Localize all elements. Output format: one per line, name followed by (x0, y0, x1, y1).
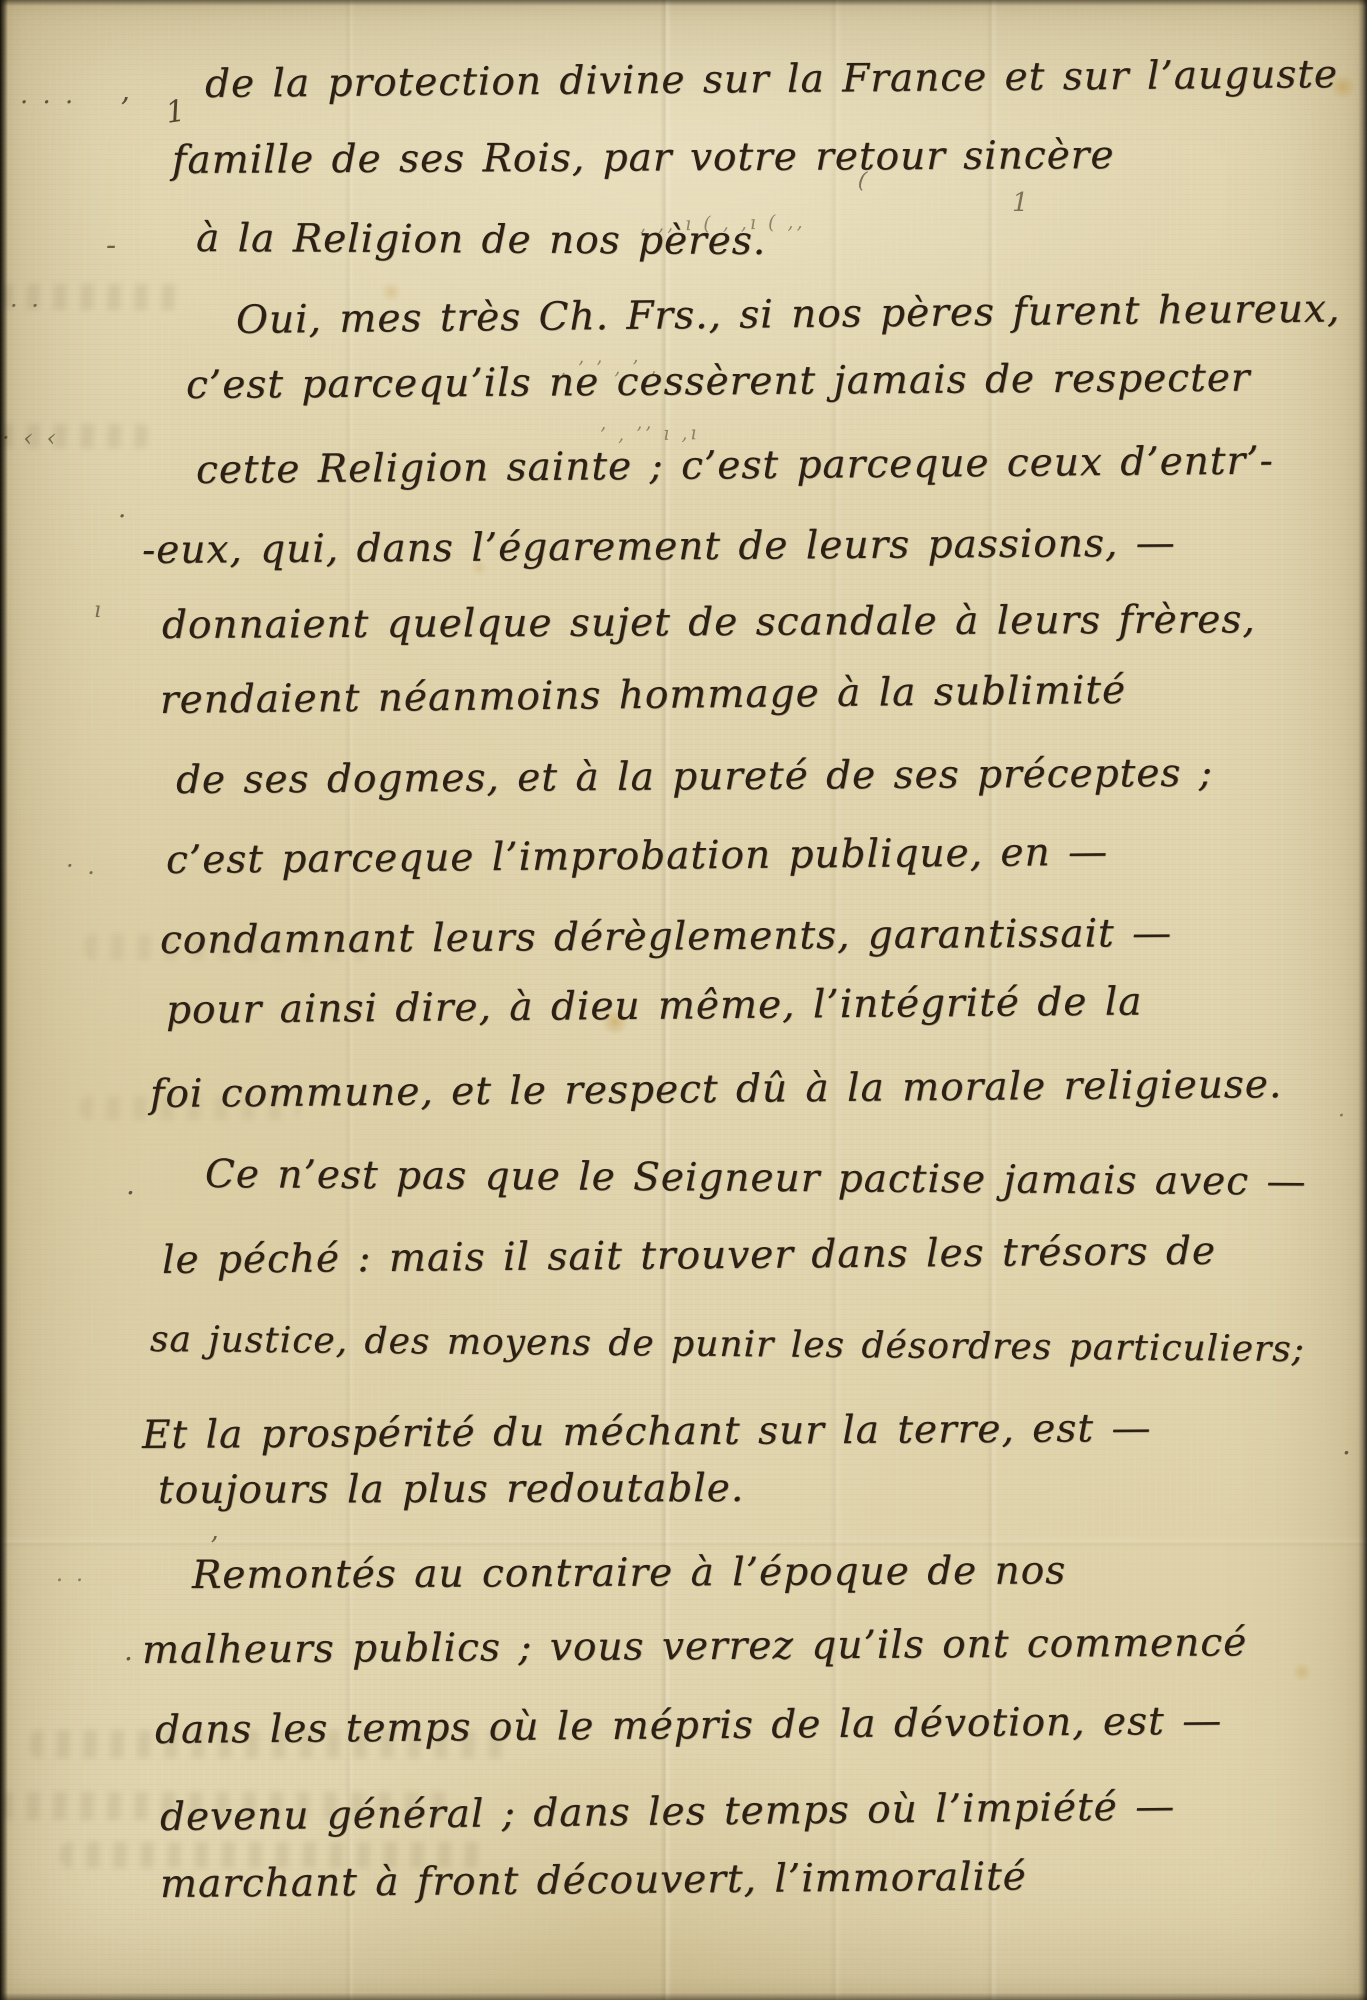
ink-mark: · (1338, 1104, 1348, 1129)
ink-mark: ı (94, 598, 104, 623)
scanned-manuscript-screenshot: { "document": { "kind": "handwritten man… (0, 0, 1367, 2000)
ink-mark: 1 (1012, 188, 1032, 218)
scan-edge-right (1358, 0, 1367, 2000)
ink-mark: - (106, 228, 119, 263)
ink-mark: · · · (20, 88, 76, 118)
scan-edge-left (0, 0, 8, 2000)
ink-mark: ’ (210, 1532, 221, 1562)
ink-mark: , ,, ı ( , ,ı ( ,, (640, 211, 806, 236)
ink-mark: 1 (164, 93, 191, 131)
ink-mark: · · (10, 292, 42, 320)
scan-edge-bottom (0, 1993, 1367, 2000)
ink-mark: ’ , ’’ ı ,ı (600, 422, 700, 446)
ink-mark: . (124, 1634, 136, 1667)
ink-mark: ’ (120, 92, 133, 127)
margin-marks: · · ·’1, ,, ı ( , ,ı ( ,,-(1· ·, ’ ’ , ’… (0, 0, 1367, 2000)
ink-mark: . (1342, 1428, 1354, 1461)
ink-mark: · (118, 502, 129, 532)
ink-mark: ( (857, 168, 871, 194)
ink-mark: . . (56, 1562, 86, 1587)
ink-mark: , ’ ’ , ’ , (560, 356, 660, 380)
ink-mark: . (126, 1168, 138, 1201)
ink-mark: · ‹ ‹ (2, 424, 59, 452)
ink-mark: · . (66, 852, 98, 880)
scan-edge-top (0, 0, 1367, 6)
